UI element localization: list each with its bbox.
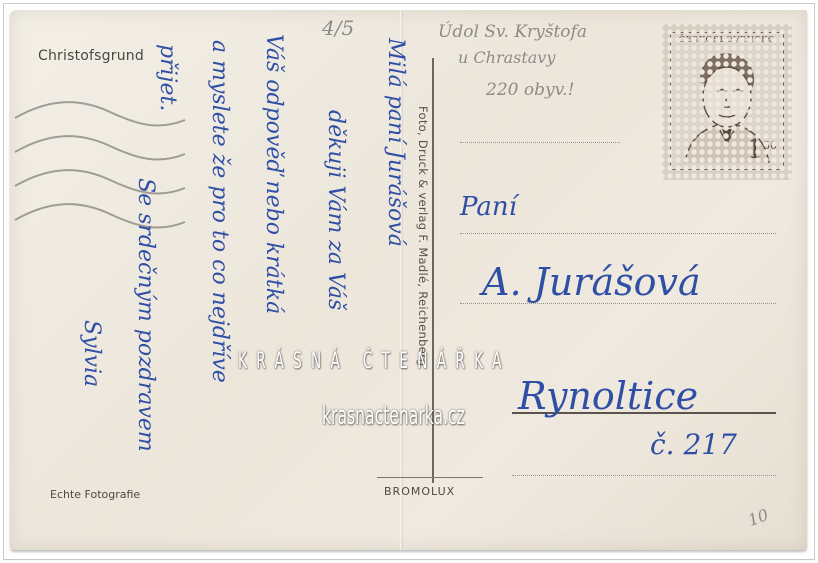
address-line-1: Paní <box>460 192 517 222</box>
postmark-cancellation-waves <box>10 90 190 240</box>
message-line-4: a myslete že pro to co nejdříve <box>207 40 232 383</box>
brand-rule <box>377 477 483 478</box>
address-line-2: A. Jurášová <box>482 260 701 304</box>
postcard: Christofsgrund Foto, Druck & verlag F. M… <box>10 10 807 550</box>
watermark-url: krasnactenarka.cz <box>322 401 465 431</box>
watermark-title: KRÁSNÁ ČTENÁŘKA <box>238 349 511 374</box>
address-dotted-line-4 <box>512 475 776 476</box>
message-line-5: přijet. <box>155 44 180 111</box>
message-line-3: Váš odpověď nebo krátká <box>261 34 286 314</box>
pencil-corner-number: 4/5 <box>322 16 354 40</box>
message-line-1: Milá paní Jurášová <box>383 38 408 247</box>
message-line-7: Sylvia <box>79 320 104 387</box>
address-line-3: Rynoltice <box>518 374 698 418</box>
place-label: Christofsgrund <box>38 48 144 64</box>
message-line-2: děkuji Vám za Váš <box>323 110 348 310</box>
photo-note: Echte Fotografie <box>50 488 140 501</box>
stamp-value: 150 <box>746 135 777 165</box>
address-dotted-line-1 <box>460 142 620 143</box>
pencil-caption-line3: 220 obyv.! <box>486 80 574 100</box>
pencil-caption-line1: Údol Sv. Kryštofa <box>438 22 587 42</box>
stamp-country: ČESKOSLOVENSKO <box>671 35 783 45</box>
brand-label: BROMOLUX <box>384 485 455 498</box>
address-line-4: č. 217 <box>650 428 737 461</box>
pencil-bottom-number: 10 <box>745 505 771 530</box>
pencil-caption-line2: u Chrastavy <box>458 48 555 67</box>
message-line-6: Se srdečným pozdravem <box>133 178 158 452</box>
stamp-image-area: ČESKOSLOVENSKO 150 <box>670 32 784 170</box>
publisher-imprint: Foto, Druck & verlag F. Madlé, Reichenbe… <box>416 106 430 366</box>
postage-stamp: ČESKOSLOVENSKO 150 <box>662 24 792 180</box>
address-dotted-line-2 <box>460 233 776 234</box>
